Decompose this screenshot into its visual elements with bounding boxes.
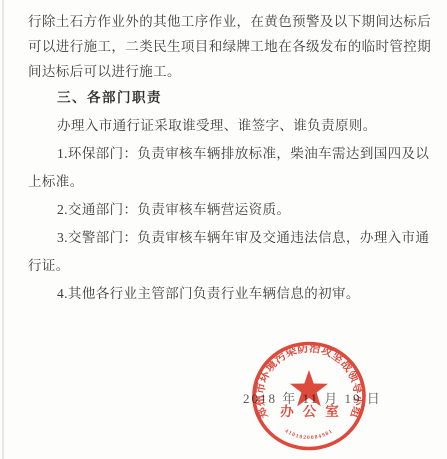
document-body: 行除土石方作业外的其他工序作业，在黄色预警及以下期间达标后 可以进行施工，二类民… [0,0,447,308]
seal-serial-number: 4101020084981 [284,428,335,441]
official-seal: 郑州市环境污染防治攻坚战领导小组 办公室 4101020084981 [249,336,369,456]
svg-text:4101020084981: 4101020084981 [284,428,335,441]
document-line: 2.交通部门：负责审核车辆营运资质。 [28,196,421,224]
document-line: 4.其他各行业主管部门负责行业车辆信息的初审。 [28,280,421,308]
document-line: 行除土石方作业外的其他工序作业，在黄色预警及以下期间达标后 [28,9,421,34]
document-page: 行除土石方作业外的其他工序作业，在黄色预警及以下期间达标后 可以进行施工，二类民… [0,0,447,459]
document-line: 间达标后可以进行施工。 [28,59,421,84]
star-icon [290,370,328,406]
document-line: 3.交警部门：负责审核车辆年审及交通违法信息，办理入市通 [28,224,421,252]
section-heading: 三、各部门职责 [28,84,421,112]
document-line: 1.环保部门：负责审核车辆排放标准，柴油车需达到国四及以 [28,140,421,168]
seal-office-text: 办公室 [280,403,348,419]
document-line: 行证。 [28,252,421,280]
document-line: 办理入市通行证采取谁受理、谁签字、谁负责原则。 [28,112,421,140]
document-line: 可以进行施工，二类民生项目和绿牌工地在各级发布的临时管控期 [28,34,421,59]
document-line: 上标准。 [28,168,421,196]
